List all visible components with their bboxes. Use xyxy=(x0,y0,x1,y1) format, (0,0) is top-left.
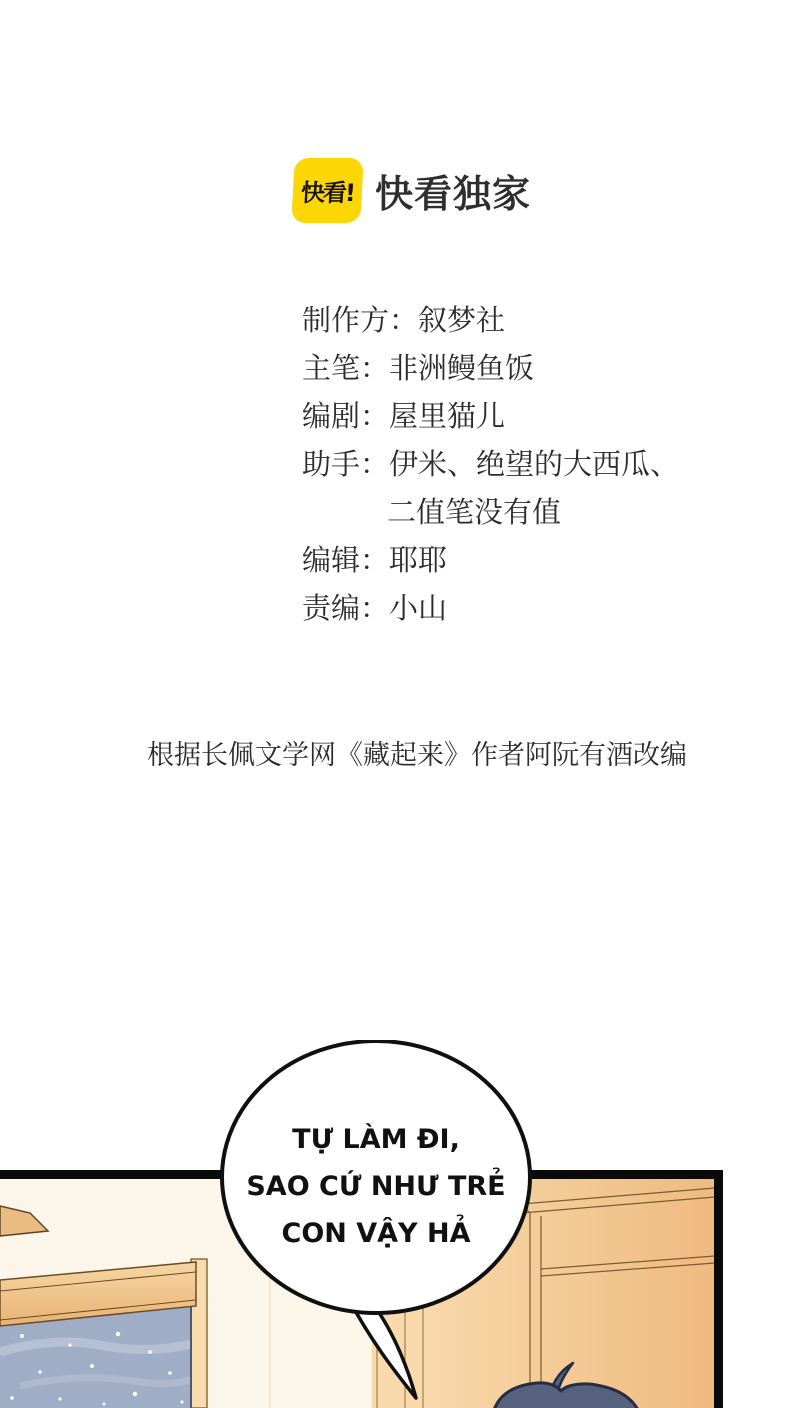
bubble-line-3: CON VẬY HẢ xyxy=(225,1210,527,1257)
logo-badge-text: 快看! xyxy=(300,173,355,208)
kuaikan-logo-icon: 快看! xyxy=(291,158,363,223)
bubble-line-2: SAO CỨ NHƯ TRẺ xyxy=(225,1163,527,1210)
credit-line-editor: 编辑：耶耶 xyxy=(302,537,679,585)
credit-line-assistants: 助手：伊米、绝望的大西瓜、 xyxy=(302,441,679,489)
comic-credits-page: 快看! 快看独家 制作方：叙梦社 主笔：非洲鳗鱼饭 编剧：屋里猫儿 助手：伊米、… xyxy=(0,0,800,1408)
speech-bubble-text: TỰ LÀM ĐI, SAO CỨ NHƯ TRẺ CON VẬY HẢ xyxy=(225,1116,527,1257)
bubble-line-1: TỰ LÀM ĐI, xyxy=(225,1116,527,1163)
credit-line-artist: 主笔：非洲鳗鱼饭 xyxy=(302,345,679,393)
credit-line-chief-editor: 责编：小山 xyxy=(302,585,679,633)
panel-border-right xyxy=(714,1170,723,1408)
credits-list: 制作方：叙梦社 主笔：非洲鳗鱼饭 编剧：屋里猫儿 助手：伊米、绝望的大西瓜、 二… xyxy=(302,297,679,633)
kuaikan-logo: 快看! 快看独家 xyxy=(293,157,531,223)
adaptation-note: 根据长佩文学网《藏起来》作者阿阮有酒改编 xyxy=(34,733,800,772)
credit-line-assistants-2: 二值笔没有值 xyxy=(302,489,679,537)
credit-line-writer: 编剧：屋里猫儿 xyxy=(302,393,679,441)
brand-text: 快看独家 xyxy=(375,163,531,218)
credit-line-producer: 制作方：叙梦社 xyxy=(302,297,679,345)
